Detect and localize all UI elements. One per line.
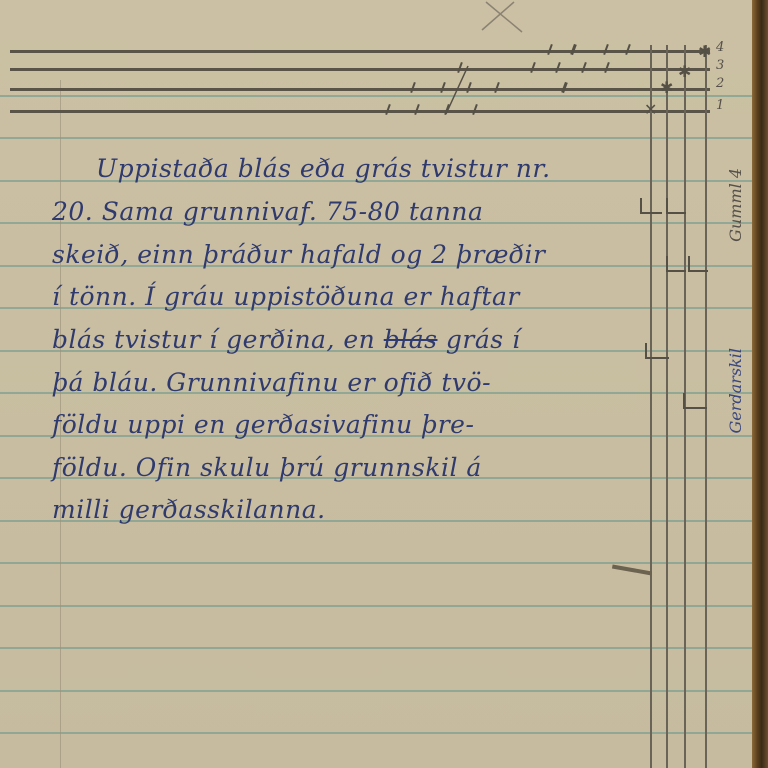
notebook-page: ✕ ✱ ✱ ✱ 4 3 2 1 Gumml 4 Gerdarskil Uppis…	[0, 0, 752, 768]
shaft-number-3: 3	[716, 58, 724, 73]
text-line-5-end: grás í	[446, 325, 521, 354]
pencil-stroke	[612, 565, 652, 576]
ruled-line	[0, 647, 752, 649]
tieup-label: Gerdarskil	[726, 348, 745, 433]
ruled-line	[0, 95, 752, 97]
ruled-line	[0, 562, 752, 564]
ruled-line	[0, 137, 752, 139]
text-line-5-start: blás tvistur í gerðina, en	[52, 325, 375, 354]
text-line-5: blás tvistur í gerðina, en blás grás í	[52, 325, 521, 354]
pencil-cross-mark	[478, 0, 526, 34]
ruled-line	[0, 690, 752, 692]
text-line-1: Uppistaða blás eða grás tvistur nr.	[96, 154, 551, 183]
treadle-tie	[688, 256, 708, 272]
text-line-2: 20. Sama grunnivaf. 75-80 tanna	[52, 197, 483, 226]
shaft-number-1: 1	[716, 98, 724, 113]
treadle-tie	[683, 393, 707, 409]
threading-line-2	[10, 88, 710, 91]
treadle-tie	[666, 198, 686, 214]
shaft-number-4: 4	[716, 40, 724, 55]
tieup-column-line	[650, 45, 652, 768]
text-line-9: milli gerðasskilanna.	[52, 495, 326, 524]
book-binding-edge	[752, 0, 768, 768]
text-line-3: skeið, einn þráður hafald og 2 þræðir	[52, 240, 545, 269]
treadle-tie	[645, 343, 669, 359]
shaft-number-2: 2	[716, 76, 724, 91]
diagonal-stroke	[442, 62, 472, 118]
treadle-tie	[640, 198, 662, 214]
star-mark: ✱	[678, 64, 691, 80]
treadling-label: Gumml 4	[726, 168, 745, 242]
star-mark: ✱	[660, 80, 673, 96]
text-line-6: þá bláu. Grunnivafinu er ofið tvö-	[52, 368, 491, 397]
star-mark: ✱	[698, 44, 711, 60]
struck-word: blás	[384, 325, 438, 354]
ruled-line	[0, 732, 752, 734]
star-mark: ✕	[644, 102, 657, 118]
text-line-7: földu uppi en gerðasivafinu þre-	[52, 410, 474, 439]
text-line-4: í tönn. Í gráu uppistöðuna er haftar	[52, 282, 520, 311]
tieup-column-line	[666, 45, 668, 768]
ruled-line	[0, 605, 752, 607]
text-line-8: földu. Ofin skulu þrú grunnskil á	[52, 453, 482, 482]
treadle-tie	[666, 256, 686, 272]
threading-line-1	[10, 110, 710, 113]
